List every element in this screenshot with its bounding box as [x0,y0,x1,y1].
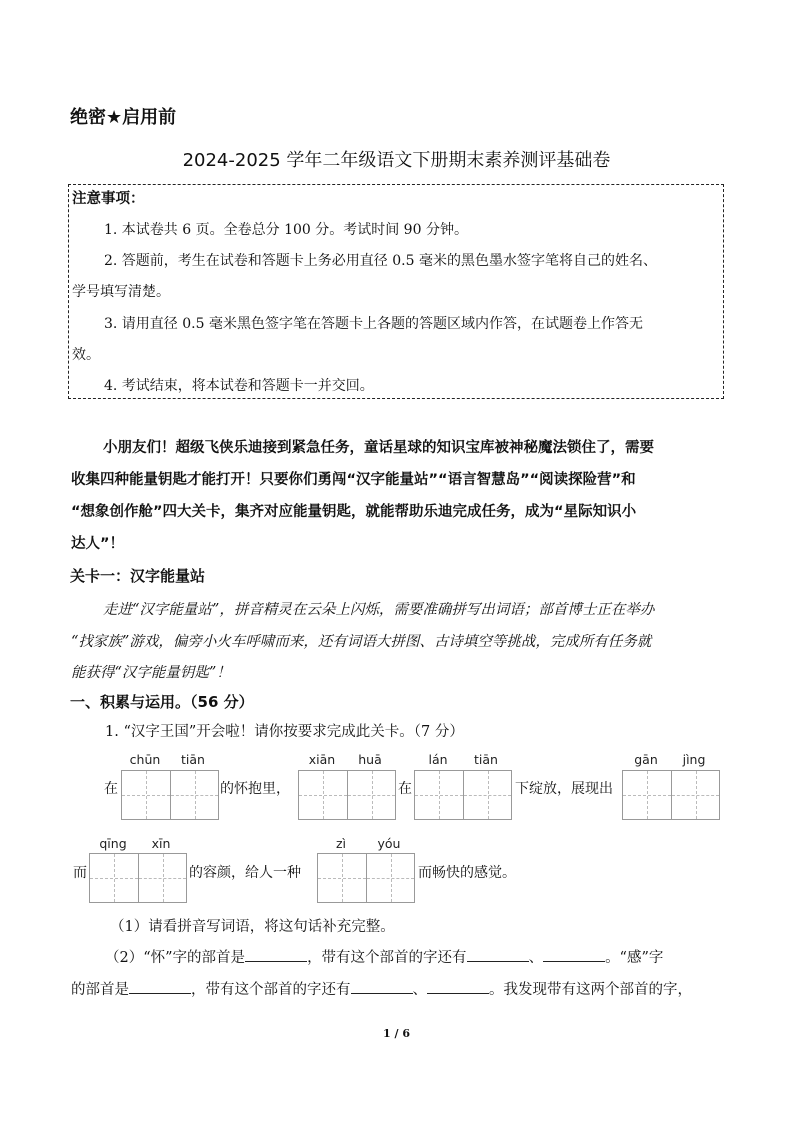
tianzige-xianhua[interactable] [298,770,396,820]
text: 的部首是 [71,982,129,998]
blank-radical-huai[interactable] [245,947,307,962]
blank-char-1[interactable] [467,947,529,962]
notice-item-1: 1. 本试卷共 6 页。全卷总分 100 分。考试时间 90 分钟。 [104,219,468,239]
pinyin: chūn [121,752,169,767]
intro-line-1: 小朋友们！超级飞侠乐迪接到紧急任务，童话星球的知识宝库被神秘魔法锁住了，需要 [103,436,654,457]
tianzige-lantian[interactable] [414,770,512,820]
row2-text-2: 的容颜，给人一种 [189,862,301,882]
notice-item-3: 3. 请用直径 0.5 毫米黑色签字笔在答题卡上各题的答题区域内作答，在试题卷上… [104,313,643,333]
notice-item-2: 2. 答题前，考生在试卷和答题卡上务必用直径 0.5 毫米的黑色墨水签字笔将自己… [104,250,657,270]
confidential-mark: 绝密★启用前 [70,103,176,129]
text: 。我发现带有这两个部首的字， [489,982,692,998]
pinyin: qīng [89,836,137,851]
level1-line-2: “找家族”游戏，偏旁小火车呼啸而来，还有词语大拼图、古诗填空等挑战，完成所有任务… [71,630,651,651]
level1-heading: 关卡一：汉字能量站 [70,565,205,586]
intro-line-2: 收集四种能量钥匙才能打开！只要你们勇闯“汉字能量站”“语言智慧岛”“阅读探险营”… [71,468,636,489]
exam-title: 2024-2025 学年二年级语文下册期末素养测评基础卷 [0,146,793,172]
pinyin: xiān [298,752,346,767]
q1-sub-1: （1）请看拼音写词语，将这句话补充完整。 [110,915,395,936]
row1-text-3: 在 [398,778,412,798]
blank-radical-gan[interactable] [129,979,191,994]
pinyin: yóu [365,836,413,851]
section1-heading: 一、积累与运用。（56 分） [70,691,254,712]
tianzige-ziyou[interactable] [317,853,415,903]
blank-char-3[interactable] [351,979,413,994]
row1-text-2: 的怀抱里， [220,778,290,798]
intro-line-4: 达人”！ [71,532,124,553]
notice-box: 注意事项： 1. 本试卷共 6 页。全卷总分 100 分。考试时间 90 分钟。… [68,184,724,399]
tianzige-chuntian[interactable] [121,770,219,820]
blank-char-2[interactable] [543,947,605,962]
text: ，带有这个部首的字还有 [307,950,467,966]
pinyin: huā [346,752,394,767]
pinyin: lán [414,752,462,767]
notice-item-4: 4. 考试结束，将本试卷和答题卡一并交回。 [104,375,374,395]
text: 、 [529,950,544,966]
q1-sub-2-line-2: 的部首是，带有这个部首的字还有、。我发现带有这两个部首的字， [71,978,692,999]
pinyin: gān [622,752,670,767]
tianzige-ganjing[interactable] [622,770,720,820]
q1-sub-2-line-1: （2）“怀”字的部首是，带有这个部首的字还有、。“感”字 [105,946,663,967]
text: ，带有这个部首的字还有 [191,982,351,998]
intro-line-3: “想象创作舱”四大关卡，集齐对应能量钥匙，就能帮助乐迪完成任务，成为“星际知识小 [71,500,636,521]
pinyin: xīn [137,836,185,851]
page-number: 1 / 6 [0,1027,793,1040]
pinyin: tiān [462,752,510,767]
text: 、 [413,982,428,998]
pinyin: tiān [169,752,217,767]
q1-prompt: 1. “汉字王国”开会啦！请你按要求完成此关卡。（7 分） [105,720,464,741]
text: 。“感”字 [605,950,663,966]
tianzige-qingxin[interactable] [89,853,187,903]
row1-text-4: 下绽放，展现出 [515,778,613,798]
notice-item-2-cont: 学号填写清楚。 [72,281,170,301]
blank-char-4[interactable] [427,979,489,994]
row2-text-1: 而 [73,862,87,882]
row2-text-3: 而畅快的感觉。 [418,862,516,882]
text: （2）“怀”字的部首是 [105,950,245,966]
pinyin: zì [317,836,365,851]
level1-line-1: 走进“汉字能量站”，拼音精灵在云朵上闪烁，需要准确拼写出词语；部首博士正在举办 [103,598,654,619]
notice-heading: 注意事项： [72,187,145,208]
row1-text-1: 在 [104,778,118,798]
pinyin: jìng [670,752,718,767]
notice-item-3-cont: 效。 [72,344,100,364]
level1-line-3: 能获得“汉字能量钥匙”！ [71,661,231,682]
